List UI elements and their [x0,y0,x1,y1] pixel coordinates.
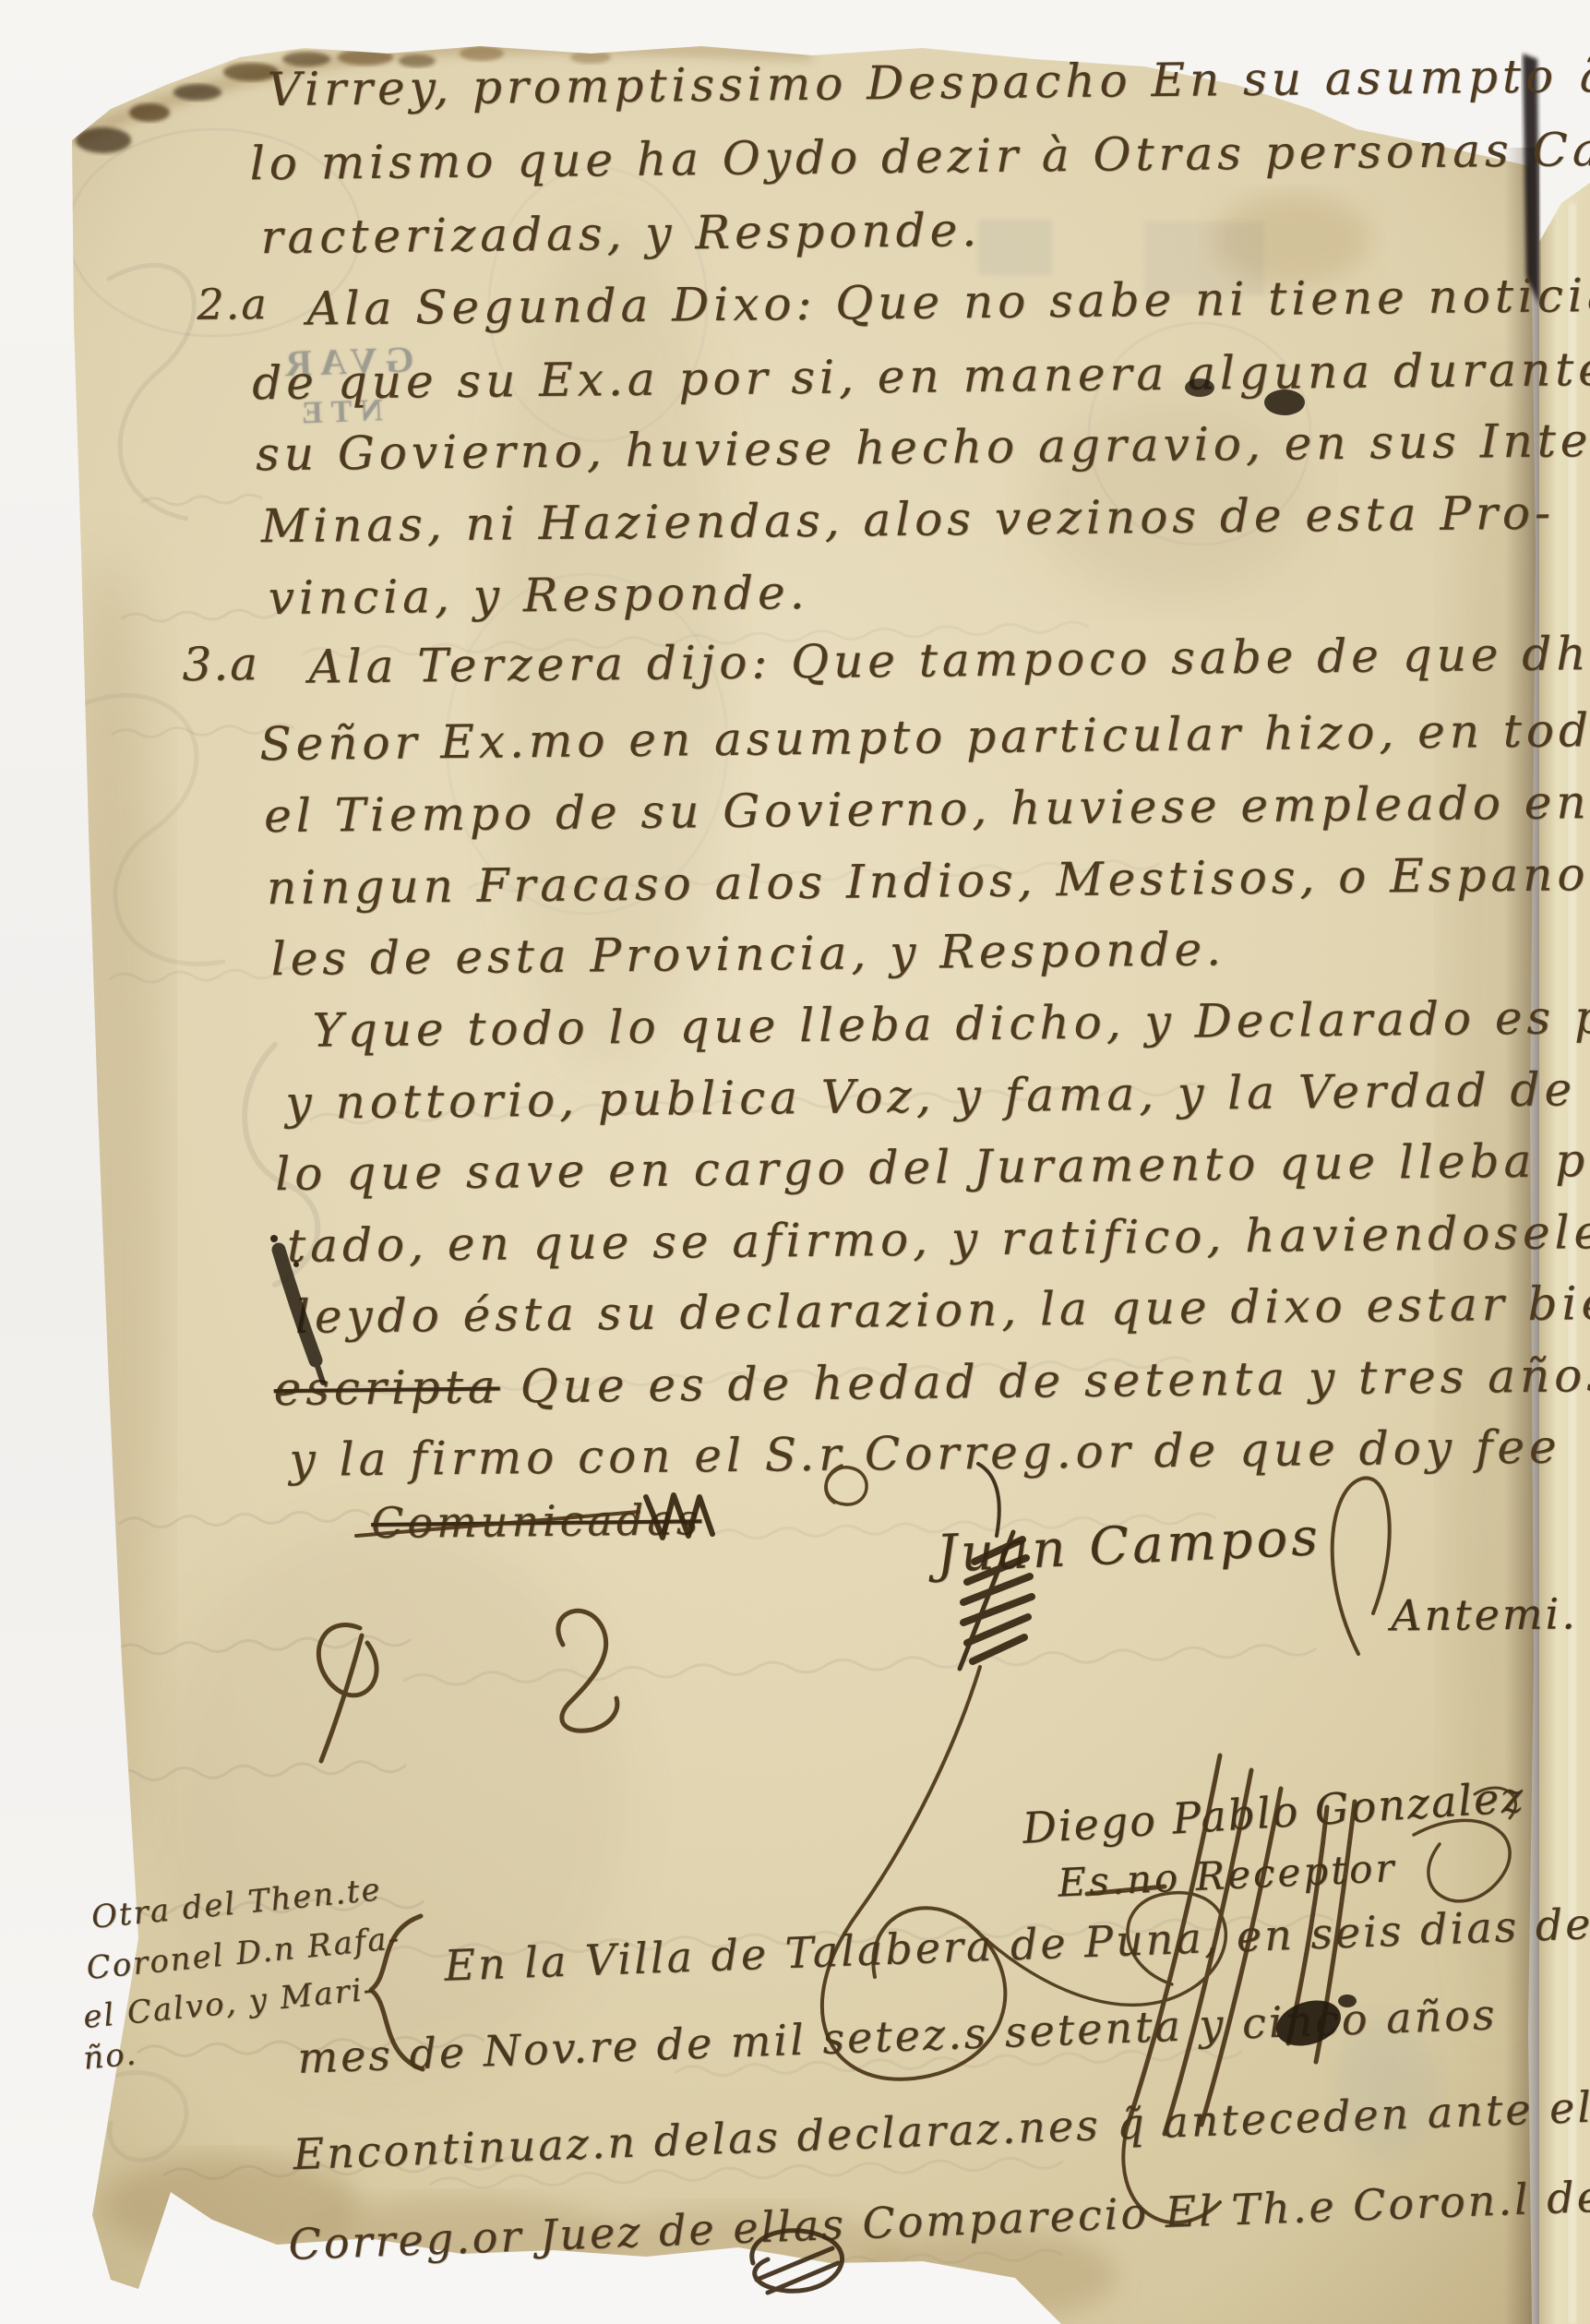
body-line: les de esta Provincia, y Responde. [270,922,1225,986]
body-line: vincia, y Responde. [268,566,808,625]
body-line: Ala Segunda Dixo: Que no sabe ni tiene n… [306,269,1590,336]
act-paragraph: En la Villa de Talabera de Puna, en seis… [0,0,1587,3]
body-line-rest: Que es de hedad de setenta y tres años [520,1348,1590,1413]
body-line: ningun Fracaso alos Indios, Mestisos, o … [267,847,1590,915]
body-line: Yque todo lo que lleba dicho, y Declarad… [312,989,1590,1058]
body-line: lo mismo que ha Oydo dezir à Otras perso… [249,123,1590,191]
item-marker-3: 3.a [182,637,259,691]
act-line: mes de Nov.re de mil setez.s setenta y c… [296,1989,1498,2083]
signature-notary-name: Diego Pablo Gonzalez [1021,1772,1526,1853]
body-line: racterizadas, y Responde. [260,203,981,264]
body-line: escriptaQue es de hedad de setenta y tre… [273,1348,1590,1416]
body-line: Minas, ni Haziendas, alos vezinos de est… [261,486,1556,554]
item-marker-2: 2.a [197,279,269,329]
manuscript-photo: GVAR NTE Virrey, promptissimo Despacho E… [0,0,1590,2324]
signature-notary-title: Es.no Receptor [1057,1845,1397,1906]
body-line: Ala Terzera dijo: Que tampoco sabe de qu… [308,627,1590,694]
crossed-word-escripta: escripta [273,1360,500,1417]
body-text: Virrey, promptissimo Despacho En su asum… [0,0,1590,2324]
act-line: Correg.or Juez de ellas Comparecio El Th… [288,2171,1590,2270]
signature-juan-campos: Juan Campos [935,1507,1322,1585]
margin-note-line: ño. [81,2035,138,2078]
act-line: En la Villa de Talabera de Puna, en seis… [443,1898,1590,1990]
act-line: Encontinuaz.n delas declaraz.nes q̃ ante… [293,2079,1590,2179]
body-line: y nottorio, publica Voz, y fama, y la Ve… [285,1062,1576,1130]
body-line: su Govierno, huviese hecho agravio, en s… [256,412,1590,481]
body-line: el Tiempo de su Govierno, huviese emplea… [264,775,1590,843]
crossed-word-comunicadas: Comunicadas [371,1494,702,1548]
ante-mi-note: Antemi. [1391,1588,1578,1640]
body-line: leydo ésta su declarazion, la que dixo e… [294,1276,1590,1344]
body-line: tado, en que se afirmo, y ratifico, havi… [287,1205,1590,1273]
body-line: y la firmo con el S.r Correg.or de que d… [289,1420,1561,1486]
body-line: Señor Ex.mo en asumpto particular hizo, … [259,703,1590,771]
body-line: Virrey, promptissimo Despacho En su asum… [268,49,1590,116]
body-line: lo que save en cargo del Juramento que l… [275,1132,1590,1201]
body-line: de que su Ex.a por si, en manera alguna … [252,342,1590,410]
margin-note: Otra del Then.te Coronel D.n Rafa- el Ca… [0,0,1587,3]
